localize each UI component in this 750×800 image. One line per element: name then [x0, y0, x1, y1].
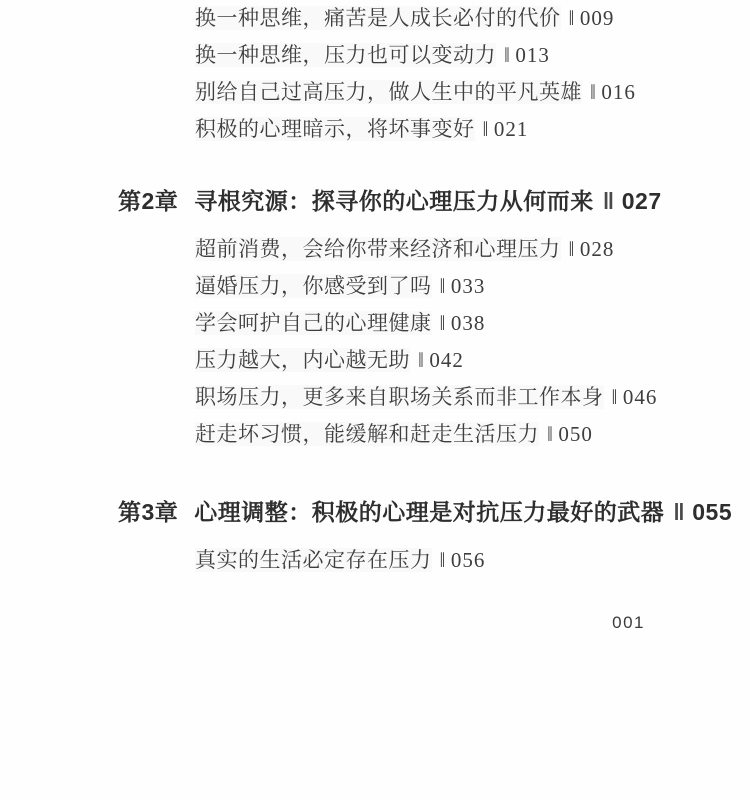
entry-separator: ‖ [547, 422, 553, 446]
toc-entry: 赶走坏习惯，能缓解和赶走生活压力‖050 [195, 422, 750, 446]
entry-title: 真实的生活必定存在压力 [195, 548, 432, 572]
toc-entry: 学会呵护自己的心理健康‖038 [195, 311, 750, 335]
entry-separator: ‖ [590, 80, 596, 104]
entry-title: 换一种思维，压力也可以变动力 [195, 43, 496, 67]
entry-separator: ‖ [483, 117, 489, 141]
entry-page-number: 042 [429, 348, 464, 372]
entry-page-number: 038 [451, 311, 486, 335]
chapter-page-number: 055 [692, 499, 732, 525]
chapter-page-number: 027 [622, 188, 662, 214]
entry-separator: ‖ [569, 6, 575, 30]
toc-entry: 压力越大，内心越无助‖042 [195, 348, 750, 372]
entry-title: 逼婚压力，你感受到了吗 [195, 274, 432, 298]
toc-entry: 积极的心理暗示，将坏事变好‖021 [195, 117, 750, 141]
entry-page-number: 050 [558, 422, 593, 446]
entry-title: 积极的心理暗示，将坏事变好 [195, 117, 475, 141]
toc-entry: 职场压力，更多来自职场关系而非工作本身‖046 [195, 385, 750, 409]
entry-title: 换一种思维，痛苦是人成长必付的代价 [195, 6, 561, 30]
entry-title: 赶走坏习惯，能缓解和赶走生活压力 [195, 422, 539, 446]
chapter-label: 第3章 [118, 499, 178, 525]
toc-entry: 逼婚压力，你感受到了吗‖033 [195, 274, 750, 298]
chapter-label: 第2章 [118, 188, 178, 214]
entry-title: 职场压力，更多来自职场关系而非工作本身 [195, 385, 604, 409]
entry-page-number: 028 [580, 237, 615, 261]
entry-page-number: 013 [515, 43, 550, 67]
entry-page-number: 033 [451, 274, 486, 298]
entry-title: 别给自己过高压力，做人生中的平凡英雄 [195, 80, 582, 104]
entry-title: 学会呵护自己的心理健康 [195, 311, 432, 335]
entry-title: 压力越大，内心越无助 [195, 348, 410, 372]
entry-title: 超前消费，会给你带来经济和心理压力 [195, 237, 561, 261]
chapter-separator: ‖ [603, 188, 615, 214]
entry-separator: ‖ [440, 548, 446, 572]
entry-separator: ‖ [504, 43, 510, 67]
chapter-2-heading: 第2章寻根究源：探寻你的心理压力从何而来‖027 [118, 187, 750, 215]
toc-entry: 换一种思维，压力也可以变动力‖013 [195, 43, 750, 67]
entry-separator: ‖ [440, 311, 446, 335]
entry-separator: ‖ [418, 348, 424, 372]
toc-entry: 真实的生活必定存在压力‖056 [195, 548, 750, 572]
entry-separator: ‖ [440, 274, 446, 298]
toc-entry: 超前消费，会给你带来经济和心理压力‖028 [195, 237, 750, 261]
page-number: 001 [0, 613, 645, 633]
toc-page: 换一种思维，痛苦是人成长必付的代价‖009 换一种思维，压力也可以变动力‖013… [0, 0, 750, 800]
entry-page-number: 009 [580, 6, 615, 30]
chapter-title: 寻根究源：探寻你的心理压力从何而来 [194, 188, 594, 214]
entry-separator: ‖ [569, 237, 575, 261]
toc-entry: 别给自己过高压力，做人生中的平凡英雄‖016 [195, 80, 750, 104]
entry-page-number: 021 [494, 117, 529, 141]
toc-entry: 换一种思维，痛苦是人成长必付的代价‖009 [195, 6, 750, 30]
chapter-separator: ‖ [673, 499, 685, 525]
chapter-3-heading: 第3章心理调整：积极的心理是对抗压力最好的武器‖055 [118, 498, 750, 526]
entry-page-number: 046 [623, 385, 658, 409]
entry-page-number: 016 [601, 80, 636, 104]
entry-separator: ‖ [612, 385, 618, 409]
chapter-title: 心理调整：积极的心理是对抗压力最好的武器 [194, 499, 664, 525]
entry-page-number: 056 [451, 548, 486, 572]
